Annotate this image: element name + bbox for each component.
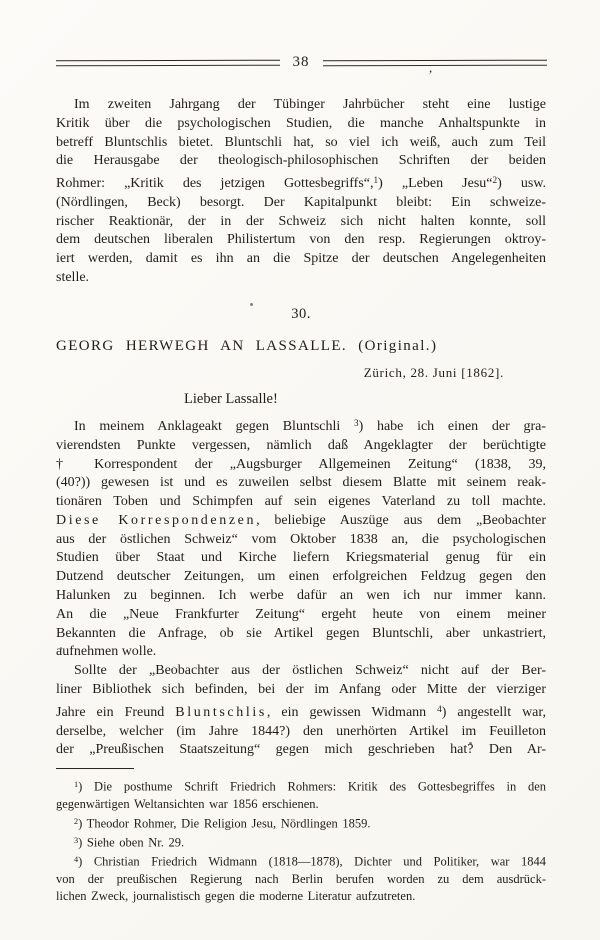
text-line: 1) Die posthume Schrift Friedrich Rohmer… — [56, 776, 546, 795]
text-line: aufnehmen wolle. — [56, 643, 546, 662]
text-run: (40?)) gewesen ist und es zuweilen selbs… — [56, 475, 546, 490]
text-line: Rohmer: „Kritik des jetzigen Gottesbegri… — [56, 171, 546, 194]
text-line: Dutzend deutscher Zeitungen, um einen er… — [56, 568, 546, 587]
text-run: vierendsten Punkte vergessen, nämlich da… — [56, 438, 546, 453]
text-line: dem deutschen liberalen Philistertum von… — [56, 231, 546, 250]
text-run: lichen Zweck, journalistisch gegen die m… — [56, 889, 415, 903]
text-run: Studien über Staat und Kirche liefern Kr… — [56, 550, 546, 565]
footnotes-block: 1) Die posthume Schrift Friedrich Rohmer… — [56, 776, 546, 905]
footnote-separator-rule — [56, 768, 134, 769]
text-run: derselbe, welcher (im Jahre 1844?) den u… — [56, 724, 546, 739]
text-line: tionären Toben und Schimpfen auf sein ei… — [56, 493, 546, 512]
text-line: Kritik über die psychologischen Studien,… — [56, 115, 546, 134]
text-line: aus der östlichen Schweiz“ vom Oktober 1… — [56, 531, 546, 550]
text-line: stelle. — [56, 269, 546, 288]
text-line: liner Bibliothek sich befinden, bei der … — [56, 681, 546, 700]
text-run: die Herausgabe der theologisch-philosoph… — [56, 153, 546, 168]
text-run: ) „Leben Jesu“ — [378, 176, 492, 191]
text-run: tionären Toben und Schimpfen auf sein ei… — [56, 494, 546, 509]
text-run: rischer Reaktionär, der in der Schweiz s… — [56, 214, 546, 229]
text-line: von der preußischen Regierung nach Berli… — [56, 871, 546, 888]
letter-salutation: Lieber Lassalle! — [184, 390, 546, 409]
text-run: An die „Neue Frankfurter Zeitung“ ergeht… — [56, 607, 546, 622]
text-run: ) Theodor Rohmer, Die Religion Jesu, Nör… — [78, 816, 370, 830]
letter-title: GEORG HERWEGH AN LASSALLE. (Original.) — [56, 337, 546, 356]
text-run: In meinem Anklageakt gegen Bluntschli — [74, 419, 354, 434]
text-line: Im zweiten Jahrgang der Tübinger Jahrbüc… — [56, 96, 546, 115]
text-line: betreff Bluntschlis bietet. Bluntschli h… — [56, 134, 546, 153]
text-line: An die „Neue Frankfurter Zeitung“ ergeht… — [56, 606, 546, 625]
footnote-4: 4) Christian Friedrich Widmann (1818—187… — [56, 851, 546, 904]
text-line: In meinem Anklageakt gegen Bluntschli 3)… — [56, 414, 546, 437]
text-line: vierendsten Punkte vergessen, nämlich da… — [56, 437, 546, 456]
scan-speck — [469, 742, 472, 745]
text-run: aufnehmen wolle. — [56, 644, 156, 659]
text-run: (Nördlingen, Beck) besorgt. Der Kapitalp… — [56, 195, 546, 210]
text-run: der „Preußischen Staatszeitung“ gegen mi… — [56, 742, 546, 757]
text-run: ) angestellt war, — [442, 705, 546, 720]
text-run: † Korrespondent der „Augsburger Allgemei… — [56, 457, 546, 472]
scan-speck — [60, 647, 62, 650]
text-run: ) Christian Friedrich Widmann (1818—1878… — [78, 855, 546, 869]
text-line: Studien über Staat und Kirche liefern Kr… — [56, 549, 546, 568]
emphasized-run: Bluntschlis — [175, 705, 267, 720]
text-line: rischer Reaktionär, der in der Schweiz s… — [56, 213, 546, 232]
text-line: Diese Korrespondenzen, beliebige Auszüge… — [56, 512, 546, 531]
letter-paragraph-1: In meinem Anklageakt gegen Bluntschli 3)… — [56, 414, 546, 662]
text-run: aus der östlichen Schweiz“ vom Oktober 1… — [56, 532, 546, 547]
text-run: dem deutschen liberalen Philistertum von… — [56, 232, 546, 247]
text-line: iert werden, damit es ihn an die Spitze … — [56, 250, 546, 269]
text-run: iert werden, damit es ihn an die Spitze … — [56, 251, 546, 266]
text-line: 4) Christian Friedrich Widmann (1818—187… — [56, 851, 546, 870]
text-line: die Herausgabe der theologisch-philosoph… — [56, 152, 546, 171]
text-run: ) Siehe oben Nr. 29. — [78, 835, 184, 849]
text-run: liner Bibliothek sich befinden, bei der … — [56, 682, 546, 697]
book-page-scan: , 38 Im zweiten Jahrgang der Tübinger Ja… — [0, 0, 600, 940]
text-line: † Korrespondent der „Augsburger Allgemei… — [56, 456, 546, 475]
text-line: derselbe, welcher (im Jahre 1844?) den u… — [56, 723, 546, 742]
text-line: gegenwärtigen Weltansichten war 1856 ers… — [56, 796, 546, 813]
text-run: ) habe ich einen der gra- — [359, 419, 546, 434]
text-run: Dutzend deutscher Zeitungen, um einen er… — [56, 569, 546, 584]
emphasized-run: Diese Korrespondenzen — [56, 513, 256, 528]
text-run: Jahre ein Freund — [56, 705, 175, 720]
text-line: (40?)) gewesen ist und es zuweilen selbs… — [56, 474, 546, 493]
running-head: 38 — [56, 0, 546, 71]
text-run: , beliebige Auszüge aus dem „Beobachter — [256, 513, 546, 528]
text-line: 3) Siehe oben Nr. 29. — [56, 832, 546, 851]
text-run: Sollte der „Beobachter aus der östlichen… — [74, 663, 546, 678]
footnote-2: 2) Theodor Rohmer, Die Religion Jesu, Nö… — [56, 813, 546, 832]
text-run: ) usw. — [497, 176, 546, 191]
text-run: Im zweiten Jahrgang der Tübinger Jahrbüc… — [74, 97, 546, 112]
text-run: Bekannten die Anfrage, ob sie Artikel ge… — [56, 626, 546, 641]
text-line: (Nördlingen, Beck) besorgt. Der Kapitalp… — [56, 194, 546, 213]
text-line: Jahre ein Freund Bluntschlis, ein gewiss… — [56, 700, 546, 723]
text-run: , ein gewissen Widmann — [267, 705, 437, 720]
text-line: Bekannten die Anfrage, ob sie Artikel ge… — [56, 625, 546, 644]
page-number: 38 — [293, 54, 310, 71]
text-line: lichen Zweck, journalistisch gegen die m… — [56, 888, 546, 905]
text-run: Kritik über die psychologischen Studien,… — [56, 116, 546, 131]
header-rule-right — [322, 59, 546, 66]
text-line: Halunken zu beginnen. Ich werbe dafür an… — [56, 587, 546, 606]
letter-dateline: Zürich, 28. Juni [1862]. — [56, 364, 546, 383]
text-run: Halunken zu beginnen. Ich werbe dafür an… — [56, 588, 546, 603]
text-run: Rohmer: „Kritik des jetzigen Gottesbegri… — [56, 176, 374, 191]
header-rule-left — [56, 59, 280, 66]
text-run: gegenwärtigen Weltansichten war 1856 ers… — [56, 797, 319, 811]
footnote-3: 3) Siehe oben Nr. 29. — [56, 832, 546, 851]
text-line: 2) Theodor Rohmer, Die Religion Jesu, Nö… — [56, 813, 546, 832]
text-run: von der preußischen Regierung nach Berli… — [56, 872, 546, 886]
text-run: ) Die posthume Schrift Friedrich Rohmers… — [78, 780, 546, 794]
text-run: betreff Bluntschlis bietet. Bluntschli h… — [56, 135, 546, 150]
section-number: 30. — [56, 305, 546, 324]
letter-paragraph-2: Sollte der „Beobachter aus der östlichen… — [56, 662, 546, 760]
intro-paragraph: Im zweiten Jahrgang der Tübinger Jahrbüc… — [56, 96, 546, 288]
text-line: der „Preußischen Staatszeitung“ gegen mi… — [56, 741, 546, 760]
text-run: stelle. — [56, 270, 89, 285]
scan-speck — [250, 303, 253, 306]
text-line: Sollte der „Beobachter aus der östlichen… — [56, 662, 546, 681]
footnote-1: 1) Die posthume Schrift Friedrich Rohmer… — [56, 776, 546, 812]
